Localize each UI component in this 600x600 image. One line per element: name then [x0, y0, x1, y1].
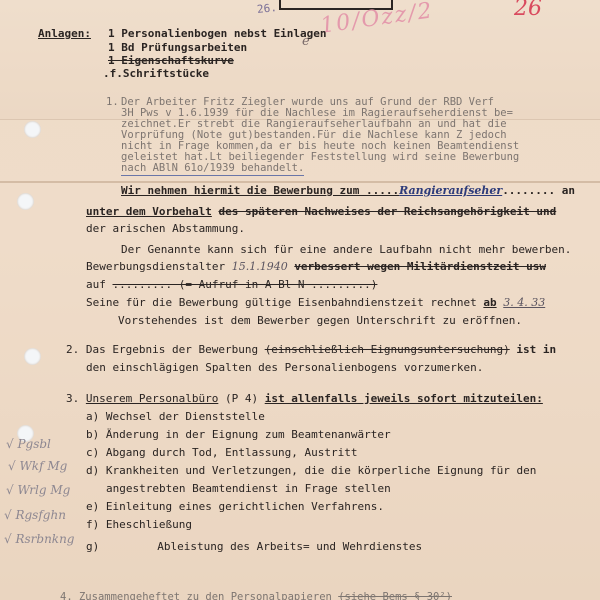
acceptance-line: Wir nehmen hiermit die Bewerbung zum ...…	[121, 184, 575, 197]
seniority-line: Bewerbungsdienstalter 15.1.1940 verbesse…	[86, 260, 546, 273]
stamp-date: 26.	[256, 1, 277, 16]
list-item: f) Eheschließung	[86, 518, 192, 531]
section-4-line: 4. Zusammengeheftet zu den Personalpapie…	[60, 591, 452, 600]
margin-note: √ Rsrbnkng	[4, 532, 74, 546]
section-2-prefix: Das Ergebnis der Bewerbung	[86, 343, 258, 356]
railway-service-ab: ab	[483, 296, 496, 309]
handwritten-position: Rangieraufseher	[399, 184, 502, 197]
list-item: e) Einleitung eines gerichtlichen Verfah…	[86, 500, 384, 513]
section-3-instruction: ist allenfalls jeweils sofort mitzuteile…	[265, 392, 543, 405]
punch-hole	[24, 121, 41, 138]
margin-note: √ Rgsfghn	[4, 508, 66, 522]
section-3-office-code: (P 4)	[225, 392, 258, 405]
acceptance-prefix: Wir nehmen hiermit die Bewerbung zum ...…	[121, 184, 399, 197]
seniority-date: 15.1.1940	[232, 260, 288, 273]
seniority-label: Bewerbungsdienstalter	[86, 260, 225, 273]
section-2-line: 2. Das Ergebnis der Bewerbung (einschlie…	[66, 343, 556, 356]
railway-service-text: Seine für die Bewerbung gültige Eisenbah…	[86, 296, 477, 309]
reservation-struck: des späteren Nachweises der Reichsangehö…	[218, 205, 556, 218]
margin-note: √ Wkf Mg	[8, 459, 67, 473]
attachment-item: .f.Schriftstücke	[103, 67, 209, 80]
section-2-struck: (einschließlich Eignungsuntersuchung)	[265, 343, 510, 356]
reservation-line: unter dem Vorbehalt des späteren Nachwei…	[86, 205, 556, 218]
margin-note: √ Pgsbl	[6, 437, 51, 451]
section-2-suffix: ist in	[516, 343, 556, 356]
list-item: a) Wechsel der Dienststelle	[86, 410, 265, 423]
seniority-line-2: auf ......... (= Aufruf in A Bl N ......…	[86, 278, 377, 291]
punch-hole	[17, 193, 34, 210]
margin-note: √ Wrlg Mg	[6, 483, 70, 497]
attachments-label: Anlagen:	[38, 27, 91, 40]
page-number: 26	[514, 0, 542, 21]
notify-applicant: Vorstehendes ist dem Bewerber gegen Unte…	[118, 314, 522, 327]
attachment-item: 1 Bd Prüfungsarbeiten	[108, 41, 247, 54]
list-item: c) Abgang durch Tod, Entlassung, Austrit…	[86, 446, 358, 459]
no-other-career: Der Genannte kann sich für eine andere L…	[121, 243, 571, 256]
attachment-item-struck: 1 Eigenschaftskurve	[108, 54, 234, 67]
document-page: 26. 10/Ozz/2 26 e Anlagen: 1 Personalien…	[0, 0, 600, 600]
section-3-number: 3.	[66, 392, 79, 405]
fold-crease	[0, 181, 600, 183]
seniority-auf: auf	[86, 278, 106, 291]
paragraph-line: nach ABlN 61o/1939 behandelt.	[121, 162, 304, 176]
reservation-line-2: der arischen Abstammung.	[86, 222, 245, 235]
reservation-label: unter dem Vorbehalt	[86, 205, 212, 218]
acceptance-suffix: ........ an	[502, 184, 575, 197]
list-item: d) Krankheiten und Verletzungen, die die…	[86, 464, 536, 477]
railway-service-date: 3. 4. 33	[503, 296, 545, 309]
railway-service-line: Seine für die Bewerbung gültige Eisenbah…	[86, 296, 545, 309]
seniority-struck: verbessert wegen Militärdienstzeit usw	[294, 260, 546, 273]
attachment-item: 1 Personalienbogen nebst Einlagen	[108, 27, 327, 40]
section-2-number: 2.	[66, 343, 79, 356]
seniority-line2-struck: ......... (= Aufruf in A Bl N .........)	[113, 278, 378, 291]
section-3-office: Unserem Personalbüro	[86, 392, 218, 405]
section-2-line-2: den einschlägigen Spalten des Personalie…	[86, 361, 483, 374]
punch-hole	[24, 348, 41, 365]
list-item: b) Änderung in der Eignung zum Beamtenan…	[86, 428, 391, 441]
list-item: g)Ableistung des Arbeits= und Wehrdienst…	[86, 540, 422, 553]
section-1-number: 1.	[106, 96, 119, 109]
section-3-line: 3. Unserem Personalbüro (P 4) ist allenf…	[66, 392, 543, 405]
list-item-continuation: angestrebten Beamtendienst in Frage stel…	[106, 482, 391, 495]
